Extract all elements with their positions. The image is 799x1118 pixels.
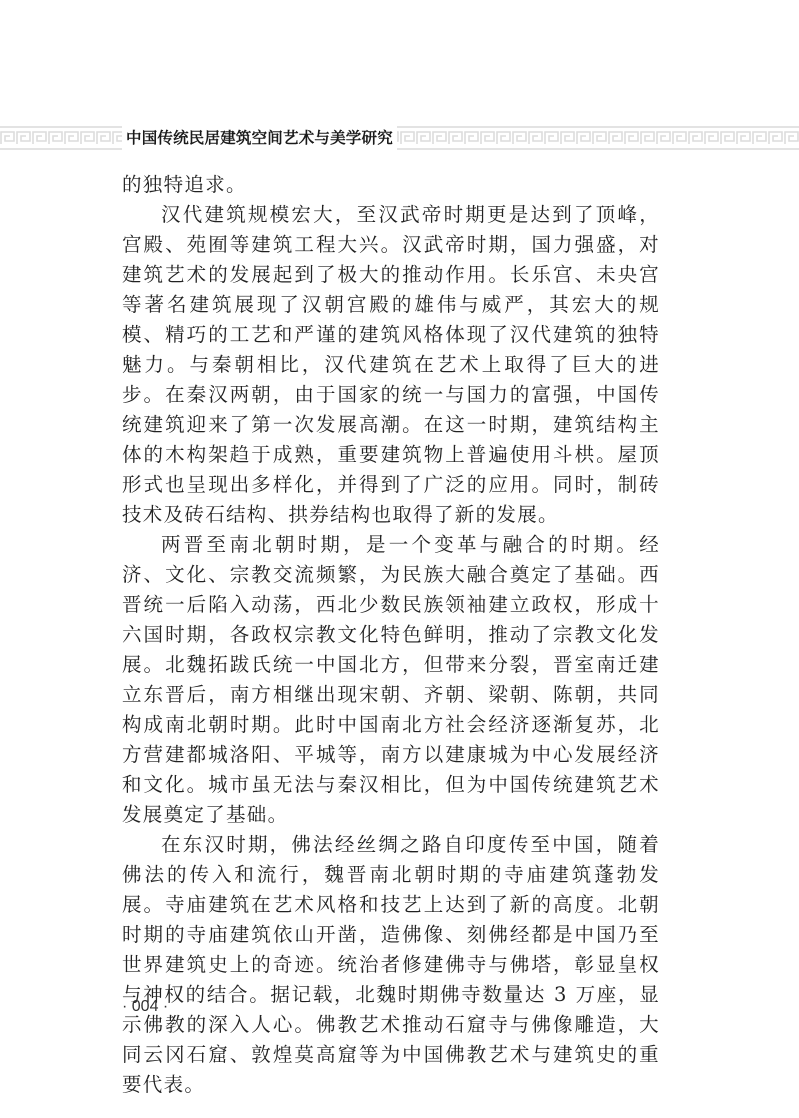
header-rule-top bbox=[0, 126, 799, 128]
body-text: 的独特追求。 汉代建筑规模宏大，至汉武帝时期更是达到了顶峰，宫殿、苑囿等建筑工程… bbox=[122, 170, 660, 1100]
paragraph-continuation: 的独特追求。 bbox=[122, 170, 660, 200]
paragraph-han-dynasty: 汉代建筑规模宏大，至汉武帝时期更是达到了顶峰，宫殿、苑囿等建筑工程大兴。汉武帝时… bbox=[122, 200, 660, 530]
running-header-title: 中国传统民居建筑空间艺术与美学研究 bbox=[122, 126, 397, 150]
greek-key-fret-pattern bbox=[0, 131, 799, 145]
header-rule-bottom bbox=[0, 148, 799, 150]
header-ornament-band bbox=[0, 126, 799, 150]
page-number: · 004 · bbox=[122, 998, 168, 1016]
paragraph-jin-northern-southern: 两晋至南北朝时期，是一个变革与融合的时期。经济、文化、宗教交流频繁，为民族大融合… bbox=[122, 530, 660, 830]
paragraph-buddhism-temples: 在东汉时期，佛法经丝绸之路自印度传至中国，随着佛法的传入和流行，魏晋南北朝时期的… bbox=[122, 830, 660, 1100]
